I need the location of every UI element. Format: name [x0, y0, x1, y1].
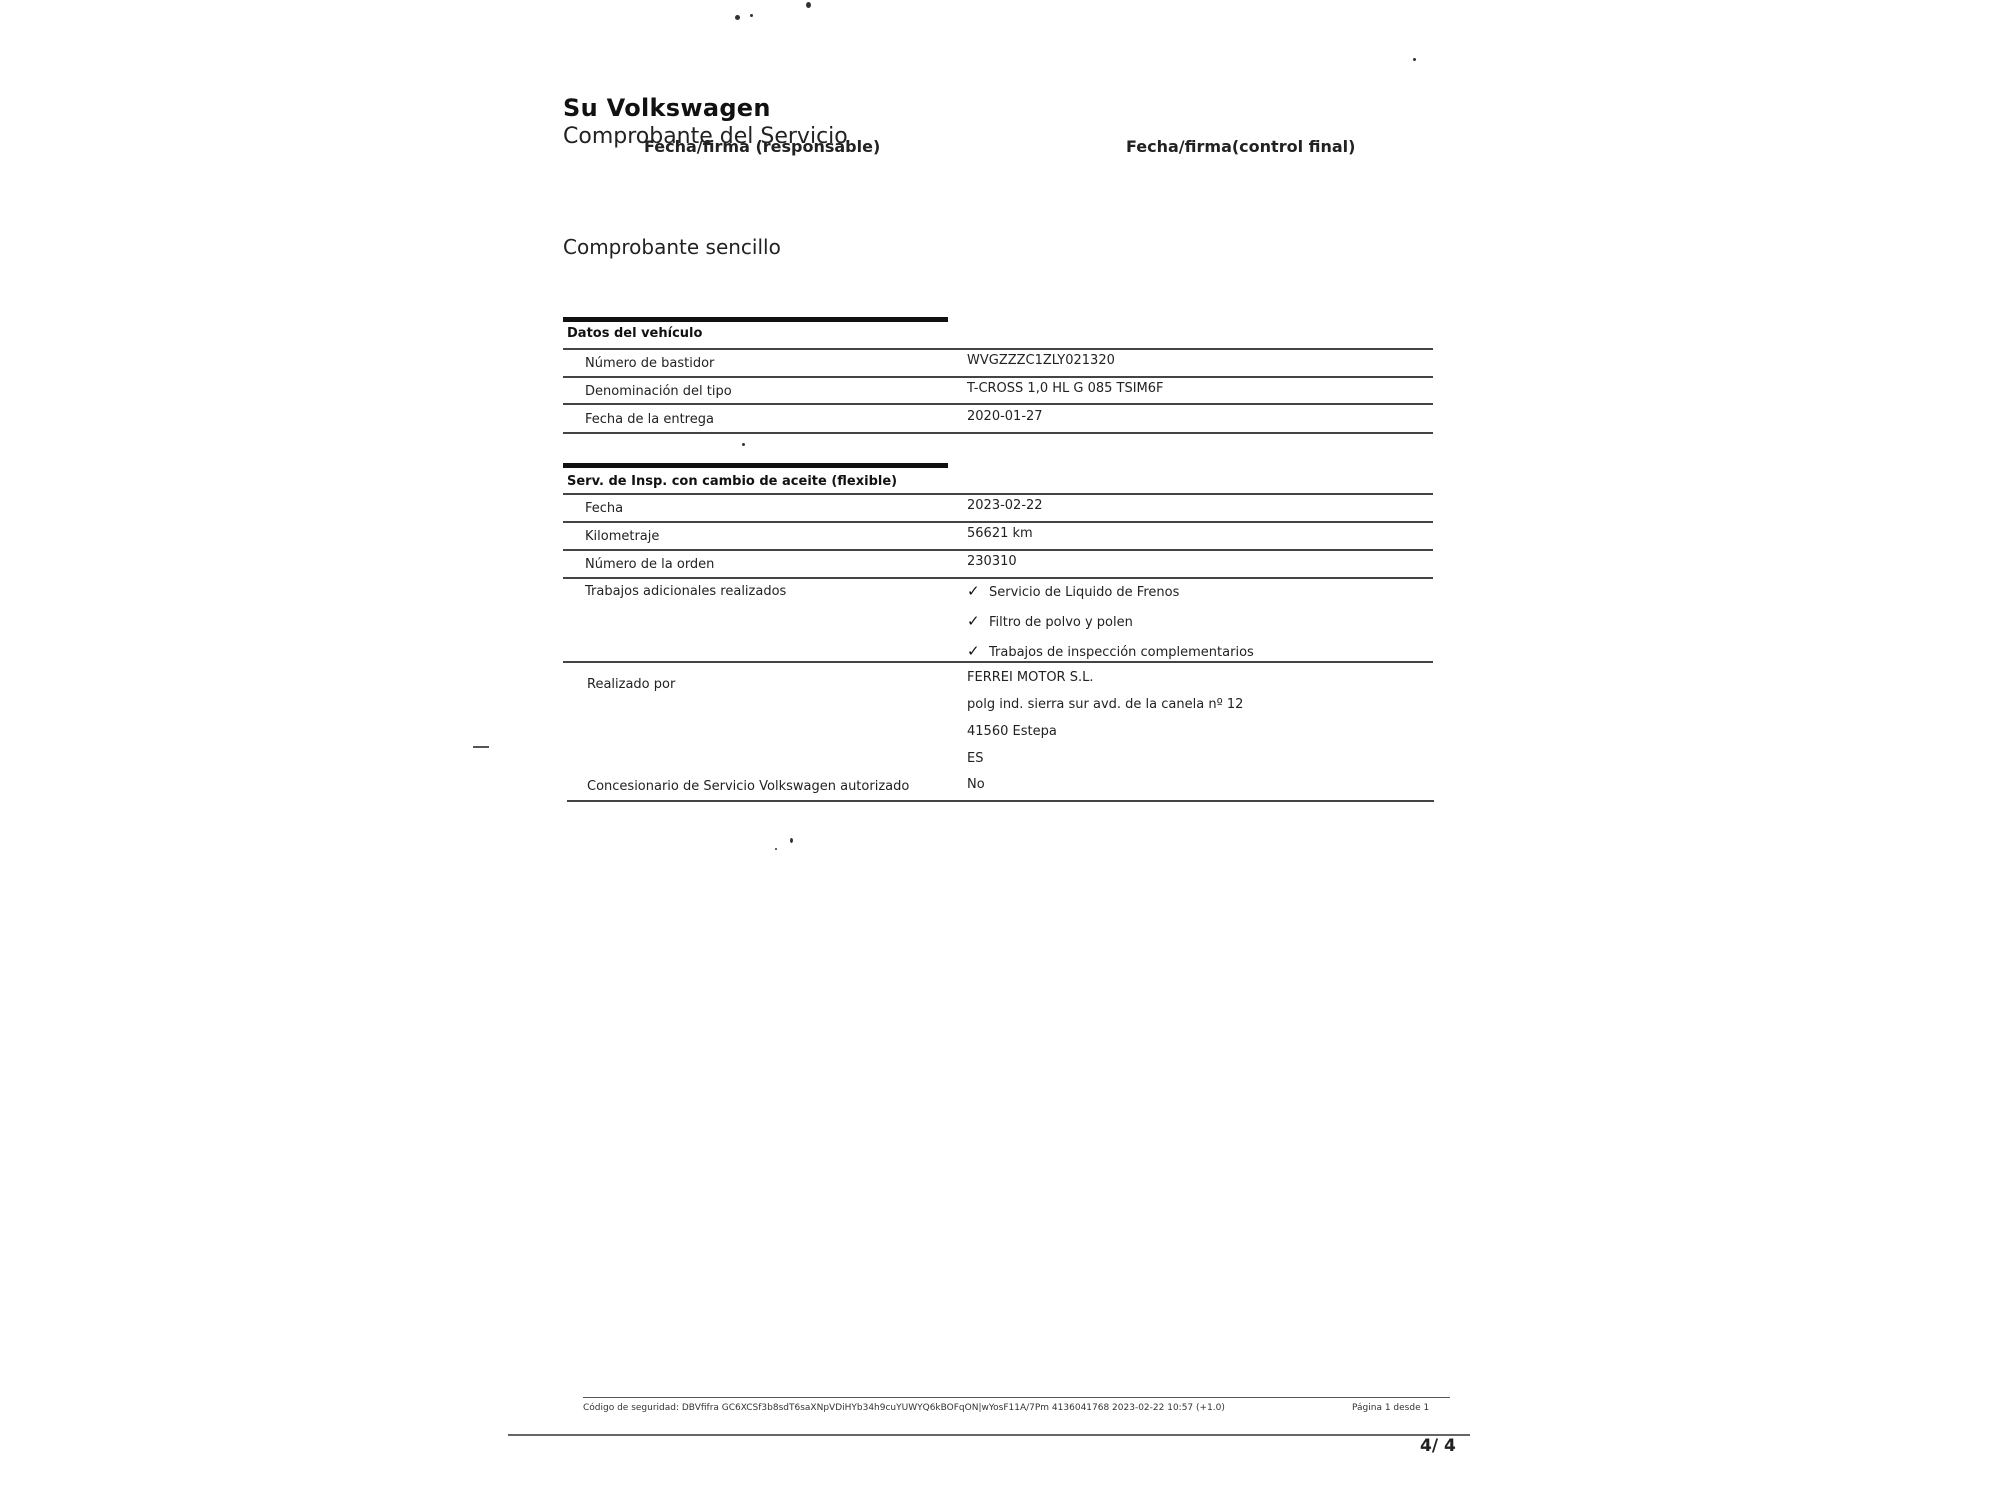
authorized-dealer-label: Concesionario de Servicio Volkswagen aut… [587, 779, 909, 794]
section-divider [563, 463, 948, 468]
additional-work-label: Trabajos adicionales realizados [585, 584, 786, 599]
additional-work-text: Servicio de Liquido de Frenos [989, 585, 1179, 600]
row-divider [563, 493, 1433, 495]
delivery-date-label: Fecha de la entrega [585, 412, 714, 427]
vehicle-section-title: Datos del vehículo [567, 326, 702, 341]
performed-by-label: Realizado por [587, 677, 675, 692]
checkmark-icon: ✓ [967, 582, 981, 600]
page-count: 4/ 4 [1420, 1436, 1456, 1456]
signature-responsible-label: Fecha/firma (responsable) [644, 137, 880, 156]
security-code: Código de seguridad: DBVfifra GC6XCSf3b8… [583, 1403, 1225, 1413]
mileage-label: Kilometraje [585, 529, 659, 544]
row-divider [563, 376, 1433, 378]
footer-divider [508, 1434, 1470, 1436]
row-divider [563, 549, 1433, 551]
scan-speck [1413, 58, 1416, 61]
dealer-city: 41560 Estepa [967, 724, 1057, 739]
scan-speck [790, 838, 793, 843]
row-divider [563, 521, 1433, 523]
scan-mark [473, 746, 489, 748]
checkmark-icon: ✓ [967, 642, 981, 660]
checkmark-icon: ✓ [967, 612, 981, 630]
additional-work-item: ✓Trabajos de inspección complementarios [967, 642, 1254, 660]
dealer-address: polg ind. sierra sur avd. de la canela n… [967, 697, 1243, 712]
order-number-value: 230310 [967, 554, 1017, 569]
vin-value: WVGZZZC1ZLY021320 [967, 353, 1115, 368]
type-label: Denominación del tipo [585, 384, 732, 399]
authorized-dealer-value: No [967, 777, 985, 792]
additional-work-item: ✓Filtro de polvo y polen [967, 612, 1133, 630]
page-info: Página 1 desde 1 [1352, 1403, 1429, 1413]
row-divider [563, 432, 1433, 434]
mileage-value: 56621 km [967, 526, 1033, 541]
footer-divider [583, 1397, 1450, 1398]
vin-label: Número de bastidor [585, 356, 714, 371]
scan-speck [742, 443, 745, 446]
dealer-country: ES [967, 751, 983, 766]
row-divider [563, 403, 1433, 405]
scan-speck [750, 14, 753, 17]
signature-final-label: Fecha/firma(control final) [1126, 137, 1355, 156]
scan-speck [775, 848, 777, 850]
type-value: T-CROSS 1,0 HL G 085 TSIM6F [967, 381, 1164, 396]
scan-speck [735, 15, 740, 20]
document-type: Comprobante sencillo [563, 235, 781, 259]
service-date-value: 2023-02-22 [967, 498, 1043, 513]
row-divider [563, 577, 1433, 579]
additional-work-text: Filtro de polvo y polen [989, 615, 1133, 630]
additional-work-item: ✓Servicio de Liquido de Frenos [967, 582, 1179, 600]
scan-speck [806, 2, 811, 8]
brand-title: Su Volkswagen [563, 94, 771, 122]
dealer-name: FERREI MOTOR S.L. [967, 670, 1093, 685]
service-section-title: Serv. de Insp. con cambio de aceite (fle… [567, 474, 897, 489]
row-divider [563, 348, 1433, 350]
row-divider [563, 661, 1433, 663]
order-number-label: Número de la orden [585, 557, 714, 572]
additional-work-text: Trabajos de inspección complementarios [989, 645, 1254, 660]
delivery-date-value: 2020-01-27 [967, 409, 1043, 424]
row-divider [567, 800, 1434, 802]
service-date-label: Fecha [585, 501, 623, 516]
section-divider [563, 317, 948, 322]
